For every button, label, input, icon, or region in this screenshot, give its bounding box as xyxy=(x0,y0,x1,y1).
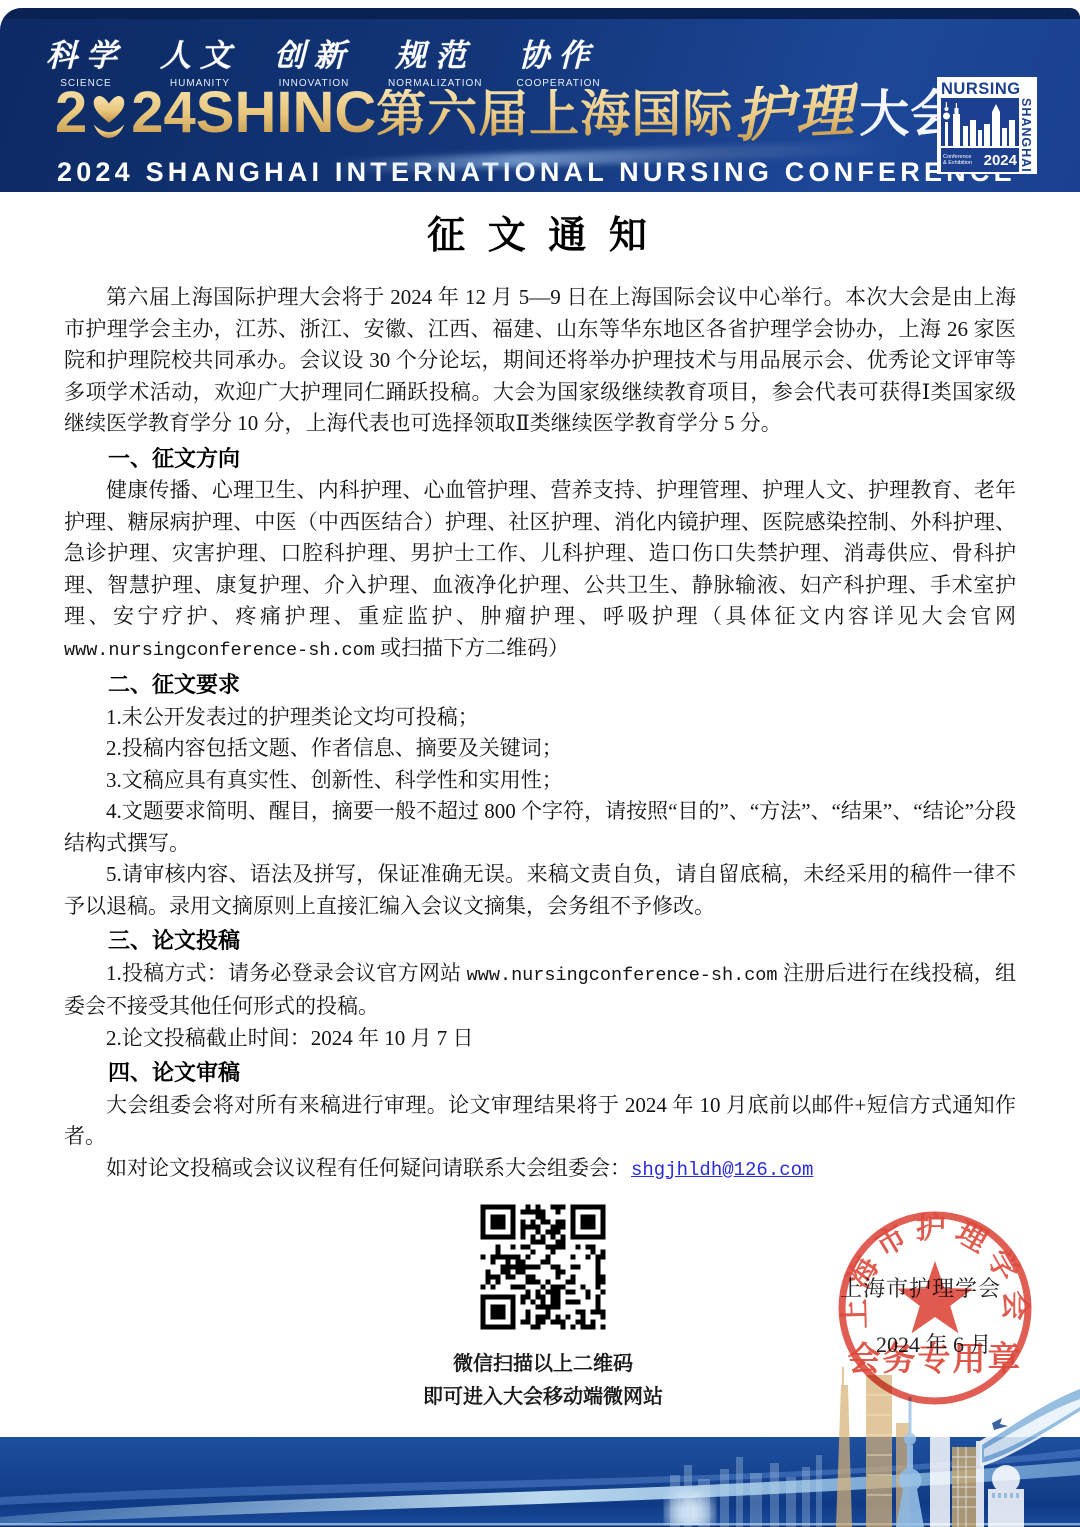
document-title: 征 文 通 知 xyxy=(0,204,1080,259)
title-zh-script: 护理 xyxy=(732,81,861,146)
requirement-item-4: 4.文题要求简明、醒目，摘要一般不超过 800 个字符，请按照“目的”、“方法”… xyxy=(64,796,1016,859)
contact-email-link[interactable]: shgjhldh@126.com xyxy=(631,1159,813,1181)
seal-bottom-text: 会务专用章 xyxy=(848,1340,1023,1377)
nursing-shanghai-logo: NURSING xyxy=(937,77,1037,174)
page: 科学 SCIENCE 人文 HUMANITY 创新 INNOVATION 规范 … xyxy=(0,0,1080,1527)
document-body: 第六届上海国际护理大会将于 2024 年 12 月 5—9 日在上海国际会议中心… xyxy=(64,282,1016,1186)
contact-prefix: 如对论文投稿或会议议程有任何疑问请联系大会组委会： xyxy=(106,1156,631,1180)
logo-skyline-icon xyxy=(941,98,1019,146)
motto-normalization: 规范 NORMALIZATION xyxy=(388,30,482,89)
motto-cooperation: 协作 COOPERATION xyxy=(516,30,600,89)
logo-caption: Conference & Exhibition 2024 xyxy=(941,148,1019,172)
section1-paragraph: 健康传播、心理卫生、内科护理、心血管护理、营养支持、护理管理、护理人文、护理教育… xyxy=(64,475,1016,666)
logo-caption-line2: & Exhibition xyxy=(943,160,972,166)
submission-text-pre: 1.投稿方式：请务必登录会议官方网站 xyxy=(106,961,467,985)
qr-code xyxy=(479,1203,607,1331)
contact-line: 如对论文投稿或会议议程有任何疑问请联系大会组委会：shgjhldh@126.co… xyxy=(64,1153,1016,1187)
logo-shanghai-label: SHANGHAI xyxy=(1019,98,1033,172)
section2-heading: 二、征文要求 xyxy=(64,669,1016,701)
motto-zh: 人文 xyxy=(160,30,240,75)
section4-heading: 四、论文审稿 xyxy=(64,1057,1016,1089)
submission-item-1: 1.投稿方式：请务必登录会议官方网站 www.nursingconference… xyxy=(64,958,1016,1023)
conference-title: 2 24SHINC 第六届上海国际 护理 大会 xyxy=(55,84,961,142)
section3-heading: 三、论文投稿 xyxy=(64,925,1016,957)
motto-zh: 规范 xyxy=(388,30,482,75)
qr-caption-line1: 微信扫描以上二维码 xyxy=(418,1348,668,1381)
logo-nursing-label: NURSING xyxy=(941,80,1033,98)
requirement-item-5: 5.请审核内容、语法及拼写，保证准确无误。来稿文责自负，请自留底稿，未经采用的稿… xyxy=(64,859,1016,922)
requirement-item-2: 2.投稿内容包括文题、作者信息、摘要及关键词； xyxy=(64,733,1016,765)
section1-tail: 或扫描下方二维码） xyxy=(375,636,569,660)
title-year-post: 24SHINC xyxy=(131,84,376,142)
requirement-item-3: 3.文稿应具有真实性、创新性、科学性和实用性； xyxy=(64,765,1016,797)
section1-heading: 一、征文方向 xyxy=(64,443,1016,475)
motto-zh: 协作 xyxy=(516,30,600,75)
section1-text: 健康传播、心理卫生、内科护理、心血管护理、营养支持、护理管理、护理人文、护理教育… xyxy=(64,478,1016,628)
website-url-text: www.nursingconference-sh.com xyxy=(64,640,375,661)
title-year-pre: 2 xyxy=(55,84,87,142)
header-banner: 科学 SCIENCE 人文 HUMANITY 创新 INNOVATION 规范 … xyxy=(0,8,1080,192)
title-zh-main: 第六届上海国际 xyxy=(376,89,733,142)
submission-item-2: 2.论文投稿截止时间：2024 年 10 月 7 日 xyxy=(64,1023,1016,1055)
motto-zh: 创新 xyxy=(274,30,354,75)
review-paragraph: 大会组委会将对所有来稿进行审理。论文审理结果将于 2024 年 10 月底前以邮… xyxy=(64,1090,1016,1153)
logo-year: 2024 xyxy=(984,152,1017,169)
qr-caption-line2: 即可进入大会移动端微网站 xyxy=(418,1381,668,1414)
conference-subtitle: 2024 SHANGHAI INTERNATIONAL NURSING CONF… xyxy=(57,157,1016,188)
official-seal: 上海市护理学会 会务专用章 xyxy=(825,1198,1045,1418)
qr-section: 微信扫描以上二维码 即可进入大会移动端微网站 xyxy=(418,1203,668,1414)
intro-paragraph: 第六届上海国际护理大会将于 2024 年 12 月 5—9 日在上海国际会议中心… xyxy=(64,282,1016,440)
motto-zh: 科学 xyxy=(46,30,126,75)
seal-star-icon xyxy=(897,1261,973,1333)
requirement-item-1: 1.未公开发表过的护理类论文均可投稿； xyxy=(64,702,1016,734)
heart-lotus-icon xyxy=(88,90,130,140)
website-url-text: www.nursingconference-sh.com xyxy=(467,965,778,986)
